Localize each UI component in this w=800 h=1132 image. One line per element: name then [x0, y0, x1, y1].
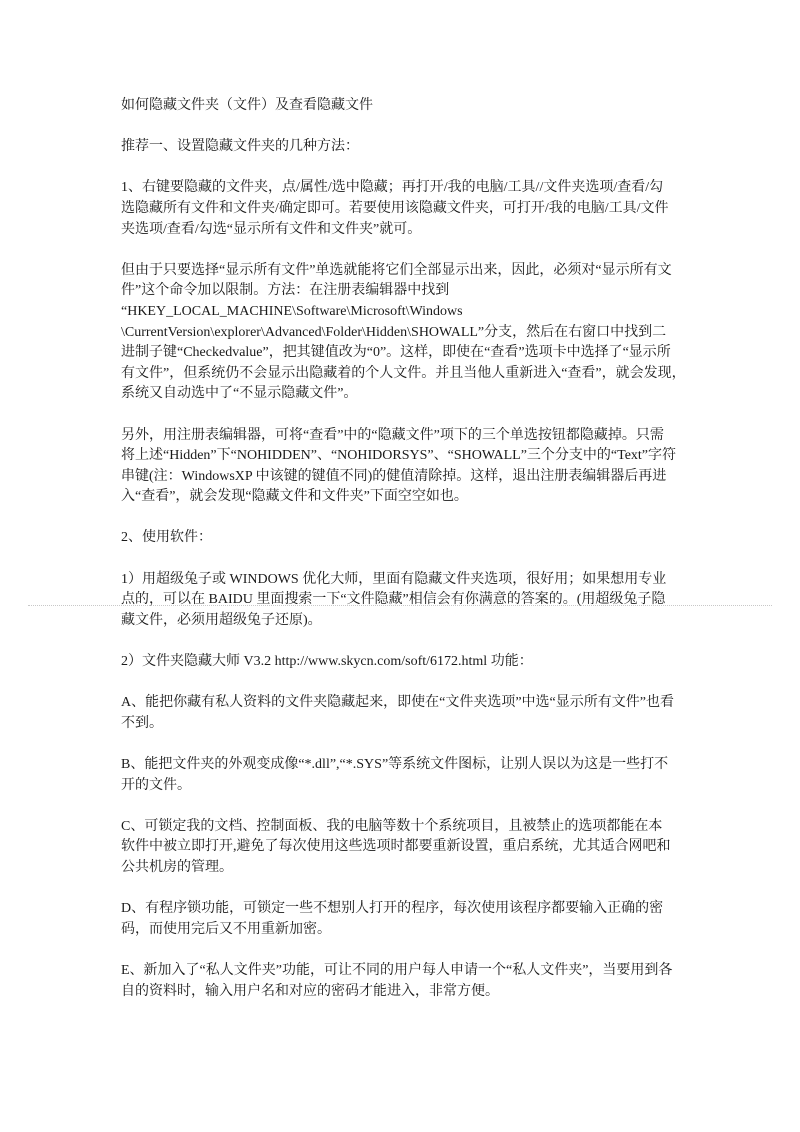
text-line: 点的，可以在 BAIDU 里面搜索一下“文件隐藏”相信会有你满意的答案的。(用超…	[121, 590, 691, 611]
paragraph-registry-hide-radios: 另外，用注册表编辑器，可将“查看”中的“隐藏文件”项下的三个单选按钮都隐藏掉。只…	[121, 426, 691, 508]
text-line: 开的文件。	[121, 776, 691, 797]
feature-d: D、有程序锁功能，可锁定一些不想别人打开的程序，每次使用该程序都要输入正确的密 …	[121, 899, 691, 940]
paragraph-registry-restriction: 但由于只要选择“显示所有文件”单选就能将它们全部显示出来，因此，必须对“显示所有…	[121, 261, 691, 405]
section-heading-use-software: 2、使用软件：	[121, 528, 691, 549]
text-line: 入“查看”，就会发现“隐藏文件和文件夹”下面空空如也。	[121, 487, 691, 508]
text-line: 但由于只要选择“显示所有文件”单选就能将它们全部显示出来，因此，必须对“显示所有…	[121, 261, 691, 282]
document-title: 如何隐藏文件夹（文件）及查看隐藏文件	[121, 96, 691, 117]
text-line: 藏文件，必须用超级兔子还原)。	[121, 611, 691, 632]
text-line: 系统又自动选中了“不显示隐藏文件”。	[121, 384, 691, 405]
text-line: A、能把你藏有私人资料的文件夹隐藏起来，即使在“文件夹选项”中选“显示所有文件”…	[121, 693, 691, 714]
text-line: 另外，用注册表编辑器，可将“查看”中的“隐藏文件”项下的三个单选按钮都隐藏掉。只…	[121, 426, 691, 447]
feature-b: B、能把文件夹的外观变成像“*.dll”,“*.SYS”等系统文件图标，让别人误…	[121, 755, 691, 796]
title-line: 如何隐藏文件夹（文件）及查看隐藏文件	[121, 96, 691, 117]
text-line: B、能把文件夹的外观变成像“*.dll”,“*.SYS”等系统文件图标，让别人误…	[121, 755, 691, 776]
text-line: 1）用超级兔子或 WINDOWS 优化大师，里面有隐藏文件夹选项，很好用；如果想…	[121, 570, 691, 591]
text-line: 有文件”，但系统仍不会显示出隐藏着的个人文件。并且当他人重新进入“查看”，就会发…	[121, 364, 691, 385]
feature-c: C、可锁定我的文档、控制面板、我的电脑等数十个系统项目，且被禁止的选项都能在本 …	[121, 817, 691, 879]
text-line: 串键(注：WindowsXP 中该键的键值不同)的健值清除掉。这样，退出注册表编…	[121, 467, 691, 488]
paragraph-software-2: 2）文件夹隐藏大师 V3.2 http://www.skycn.com/soft…	[121, 652, 691, 673]
document-body: 如何隐藏文件夹（文件）及查看隐藏文件 推荐一、设置隐藏文件夹的几种方法： 1、右…	[121, 96, 691, 1023]
text-line: 软件中被立即打开,避免了每次使用这些选项时都要重新设置，重启系统，尤其适合网吧和	[121, 837, 691, 858]
text-line: 公共机房的管理。	[121, 858, 691, 879]
registry-path-line: “HKEY_LOCAL_MACHINE\Software\Microsoft\W…	[121, 302, 691, 323]
text-line: 1、右键要隐藏的文件夹，点/属性/选中隐藏；再打开/我的电脑/工具//文件夹选项…	[121, 178, 691, 199]
text-line-with-url: 2）文件夹隐藏大师 V3.2 http://www.skycn.com/soft…	[121, 652, 691, 673]
text-line: 自的资料时，输入用户名和对应的密码才能进入，非常方便。	[121, 982, 691, 1003]
section-heading-recommend-one: 推荐一、设置隐藏文件夹的几种方法：	[121, 137, 691, 158]
text-line: E、新加入了“私人文件夹”功能，可让不同的用户每人申请一个“私人文件夹”，当要用…	[121, 961, 691, 982]
registry-path-line: \CurrentVersion\explorer\Advanced\Folder…	[121, 323, 691, 344]
text-line: 件”这个命令加以限制。方法：在注册表编辑器中找到	[121, 281, 691, 302]
text-line: D、有程序锁功能，可锁定一些不想别人打开的程序，每次使用该程序都要输入正确的密	[121, 899, 691, 920]
feature-a: A、能把你藏有私人资料的文件夹隐藏起来，即使在“文件夹选项”中选“显示所有文件”…	[121, 693, 691, 734]
text-line: 将上述“Hidden”下“NOHIDDEN”、“NOHIDORSYS”、“SHO…	[121, 446, 691, 467]
heading-line: 推荐一、设置隐藏文件夹的几种方法：	[121, 137, 691, 158]
text-line: 进制子键“Checkedvalue”，把其键值改为“0”。这样，即使在“查看”选…	[121, 343, 691, 364]
text-line: 码，而使用完后又不用重新加密。	[121, 920, 691, 941]
text-line: 选隐藏所有文件和文件夹/确定即可。若要使用该隐藏文件夹，可打开/我的电脑/工具/…	[121, 199, 691, 220]
text-line: 夹选项/查看/勾选“显示所有文件和文件夹”就可。	[121, 220, 691, 241]
text-line: C、可锁定我的文档、控制面板、我的电脑等数十个系统项目，且被禁止的选项都能在本	[121, 817, 691, 838]
text-line: 不到。	[121, 714, 691, 735]
paragraph-method-1: 1、右键要隐藏的文件夹，点/属性/选中隐藏；再打开/我的电脑/工具//文件夹选项…	[121, 178, 691, 240]
feature-e: E、新加入了“私人文件夹”功能，可让不同的用户每人申请一个“私人文件夹”，当要用…	[121, 961, 691, 1002]
paragraph-software-1: 1）用超级兔子或 WINDOWS 优化大师，里面有隐藏文件夹选项，很好用；如果想…	[121, 570, 691, 632]
heading-line: 2、使用软件：	[121, 528, 691, 549]
